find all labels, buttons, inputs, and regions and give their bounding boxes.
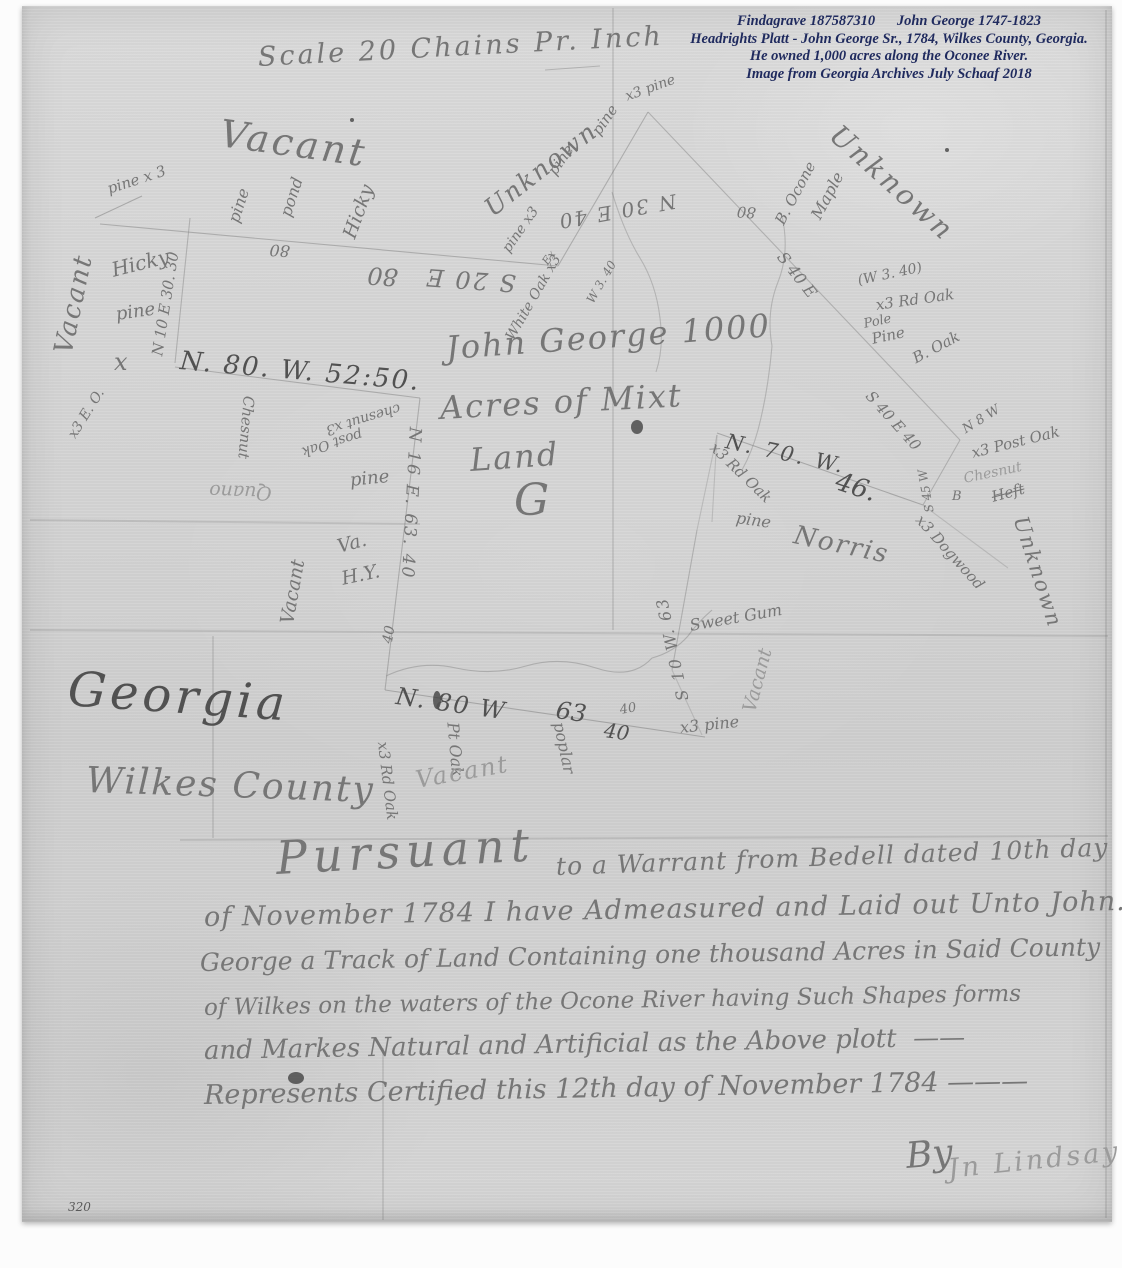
annotation-line: Headrights Platt - John George Sr., 1784… [660,31,1118,49]
survey-line [95,196,142,218]
annotation-line: He owned 1,000 acres along the Oconee Ri… [660,48,1118,66]
survey-lines-drawing [0,0,1122,1268]
ink-blot [288,1072,304,1084]
survey-line [100,224,558,266]
archive-annotation-block: Findagrave 187587310 John George 1747-18… [660,13,1118,83]
creek-line [386,610,712,676]
survey-line [545,66,600,70]
survey-line [175,367,420,398]
scanned-plat-page: Scale 20 Chains Pr. InchVacantpine x 3Va… [0,0,1122,1268]
survey-line [558,112,648,266]
creek-line [742,216,785,470]
ink-blot [433,691,441,709]
creek-line [612,192,661,372]
paper-fold-crease [30,520,420,524]
survey-line [923,440,960,505]
annotation-line: Findagrave 187587310 John George 1747-18… [660,13,1118,31]
survey-line [385,690,705,737]
paper-fold-crease [30,630,1108,636]
paper-fold-crease [180,836,1108,840]
survey-line [648,112,960,440]
annotation-line: Image from Georgia Archives July Schaaf … [660,66,1118,84]
survey-line [672,670,702,735]
ink-blot [350,118,354,122]
survey-line [672,530,697,670]
page-number: 320 [68,1200,91,1214]
ink-blot [631,420,643,434]
survey-line [923,505,1008,568]
survey-line [175,218,190,363]
ink-blot [945,148,949,152]
survey-line [717,433,923,505]
survey-line [385,398,420,690]
